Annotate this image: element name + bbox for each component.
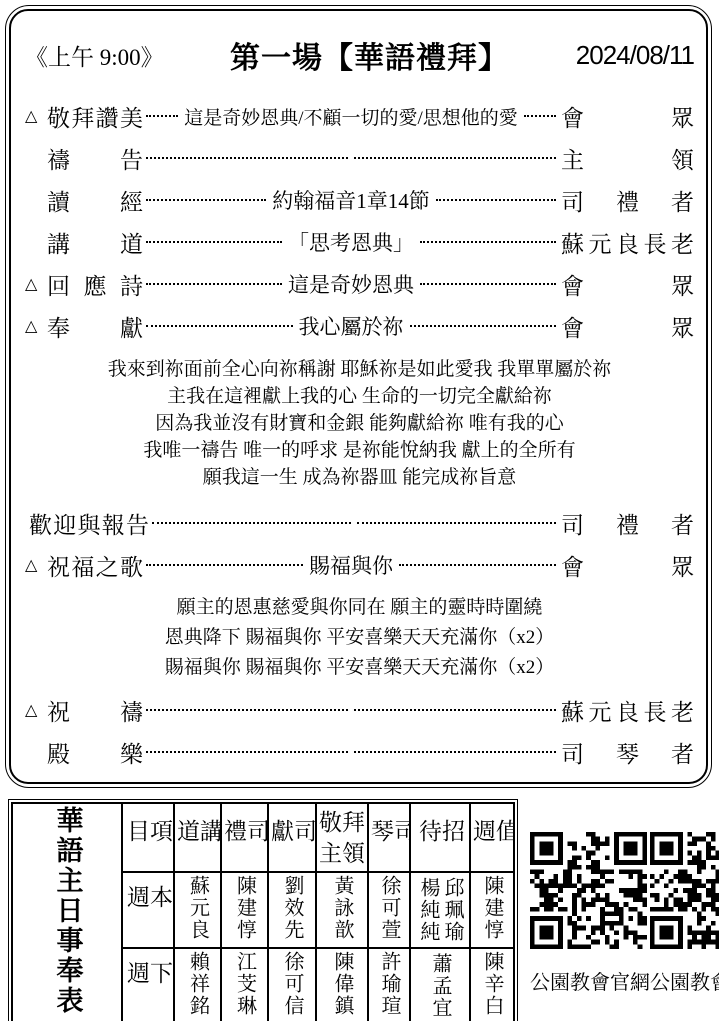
- roster-row-label: 下週: [122, 948, 174, 1021]
- program-detail: 賜福與你: [306, 550, 396, 580]
- program-row-worship: △ 敬拜讚美 這是奇妙恩典/不顧一切的愛/思想他的愛 會眾: [25, 95, 694, 137]
- roster-header-duty: 值週: [470, 803, 514, 872]
- program-row-sermon: 講道 「思考恩典」 蘇元良長老: [25, 221, 694, 263]
- program-role: 主領: [561, 142, 694, 175]
- roster-cell: 陳偉鎮: [316, 948, 368, 1021]
- roster-cell: 賴祥銘: [174, 948, 221, 1021]
- lyric-line: 願我這一生 成為祢器皿 能完成祢旨意: [25, 464, 694, 491]
- program-detail: 這是奇妙恩典/不顧一切的愛/思想他的愛: [181, 103, 521, 130]
- qr-block-website: 公園教會官網: [530, 832, 650, 995]
- program-label: 回應詩: [47, 268, 143, 301]
- roster-side-title: 華語主日事奉表: [12, 803, 122, 1021]
- roster-row-label: 本週: [122, 872, 174, 948]
- dotted-leader: [146, 751, 348, 753]
- dotted-leader: [146, 283, 282, 285]
- bottom-section: 華語主日事奉表 項目 講道 司禮 司獻 敬拜主領 司琴 招待 值週 本週 蘇元良…: [8, 799, 713, 1021]
- dotted-leader: [524, 115, 556, 117]
- roster-cell: 蘇元良: [174, 872, 221, 948]
- service-roster-table: 華語主日事奉表 項目 講道 司禮 司獻 敬拜主領 司琴 招待 值週 本週 蘇元良…: [8, 799, 518, 1021]
- roster-header-preacher: 講道: [174, 803, 221, 872]
- qr-label-line: 公園教會官LINE: [650, 966, 719, 995]
- dotted-leader: [420, 241, 556, 243]
- program-detail: 這是奇妙恩典: [285, 269, 417, 299]
- dotted-leader: [354, 157, 556, 159]
- lyric-line: 主我在這裡獻上我的心 生命的一切完全獻給祢: [25, 383, 694, 410]
- program-row-offering: △ 奉獻 我心屬於祢 會眾: [25, 305, 694, 347]
- lyric-line: 因為我並沒有財寶和金銀 能夠獻給祢 唯有我的心: [25, 410, 694, 437]
- roster-cell: 徐可信: [268, 948, 316, 1021]
- page-title: 第一場【華語禮拜】: [177, 33, 562, 77]
- dotted-leader: [399, 564, 556, 566]
- header: 《上午 9:00》 第一場【華語禮拜】 2024/08/11: [25, 33, 694, 77]
- qr-block-line: 公園教會官LINE: [650, 832, 719, 995]
- program-row-scripture: 讀經 約翰福音1章14節 司禮者: [25, 179, 694, 221]
- program-role: 司琴者: [561, 736, 694, 769]
- program-role: 會眾: [561, 100, 694, 133]
- dotted-leader: [152, 522, 351, 524]
- program-role: 會眾: [561, 268, 694, 301]
- program-role: 蘇元良長老: [561, 226, 694, 259]
- lyric-line: 願主的恩惠慈愛與你同在 願主的靈時時圍繞: [25, 593, 694, 623]
- dotted-leader: [146, 157, 348, 159]
- program-detail: 約翰福音1章14節: [269, 185, 433, 215]
- program-label: 殿樂: [47, 736, 143, 769]
- program-label: 祝禱: [47, 694, 143, 727]
- dotted-leader: [357, 522, 556, 524]
- dotted-leader: [146, 241, 282, 243]
- roster-header-offering: 司獻: [268, 803, 316, 872]
- roster-header-ushers: 招待: [410, 803, 470, 872]
- lyric-line: 賜福與你 賜福與你 平安喜樂天天充滿你（x2）: [25, 653, 694, 683]
- stand-marker-icon: △: [25, 274, 47, 294]
- program-label: 奉獻: [47, 310, 143, 343]
- roster-cell-ushers: 楊純純 邱珮瑜: [410, 872, 470, 948]
- service-list: △ 敬拜讚美 這是奇妙恩典/不顧一切的愛/思想他的愛 會眾 禱告 主領: [25, 95, 694, 773]
- offering-song-lyrics: 我來到祢面前全心向祢稱謝 耶穌祢是如此愛我 我單單屬於祢 主我在這裡獻上我的心 …: [25, 356, 694, 491]
- roster-header-pianist: 司琴: [368, 803, 410, 872]
- dotted-leader: [354, 751, 556, 753]
- roster-cell: 陳辛白: [470, 948, 514, 1021]
- bulletin-box: 《上午 9:00》 第一場【華語禮拜】 2024/08/11 △ 敬拜讚美 這是…: [5, 5, 712, 788]
- program-role: 蘇元良長老: [561, 694, 694, 727]
- dotted-leader: [146, 709, 348, 711]
- service-date: 2024/08/11: [562, 40, 694, 71]
- program-label: 禱告: [47, 142, 143, 175]
- program-row-blessing-song: △ 祝福之歌 賜福與你 會眾: [25, 544, 694, 586]
- blessing-song-lyrics: 願主的恩惠慈愛與你同在 願主的靈時時圍繞 恩典降下 賜福與你 平安喜樂天天充滿你…: [25, 593, 694, 683]
- bulletin-page: 《上午 9:00》 第一場【華語禮拜】 2024/08/11 △ 敬拜讚美 這是…: [0, 0, 719, 1021]
- program-label: 敬拜讚美: [47, 100, 143, 133]
- roster-cell: 陳建惇: [470, 872, 514, 948]
- program-detail: 「思考恩典」: [285, 227, 417, 257]
- stand-marker-icon: △: [25, 316, 47, 336]
- qr-area: 公園教會官網 公園教會官LINE: [518, 799, 719, 1021]
- program-label: 讀經: [47, 184, 143, 217]
- program-label: 歡迎與報告: [29, 507, 149, 540]
- program-label: 講道: [47, 226, 143, 259]
- bulletin-box-inner: 《上午 9:00》 第一場【華語禮拜】 2024/08/11 △ 敬拜讚美 這是…: [9, 9, 708, 784]
- roster-cell: 許瑜瑄: [368, 948, 410, 1021]
- roster-cell: 徐可萱: [368, 872, 410, 948]
- stand-marker-icon: △: [25, 106, 47, 126]
- program-row-prayer: 禱告 主領: [25, 137, 694, 179]
- stand-marker-icon: △: [25, 555, 47, 575]
- lyric-line: 我唯一禱告 唯一的呼求 是祢能悅納我 獻上的全所有: [25, 437, 694, 464]
- program-role: 司禮者: [561, 507, 694, 540]
- dotted-leader: [146, 115, 178, 117]
- service-time: 《上午 9:00》: [25, 39, 177, 72]
- program-role: 司禮者: [561, 184, 694, 217]
- qr-code-icon: [650, 832, 719, 949]
- roster-cell: 江芠琳: [221, 948, 268, 1021]
- qr-label-website: 公園教會官網: [530, 966, 650, 995]
- qr-code-icon: [530, 832, 647, 949]
- dotted-leader: [146, 199, 266, 201]
- program-row-postlude: 殿樂 司琴者: [25, 731, 694, 773]
- dotted-leader: [146, 564, 303, 566]
- roster-header-worship-leader: 敬拜主領: [316, 803, 368, 872]
- program-role: 會眾: [561, 549, 694, 582]
- roster-header-liturgist: 司禮: [221, 803, 268, 872]
- program-label: 祝福之歌: [47, 549, 143, 582]
- roster-header-item: 項目: [122, 803, 174, 872]
- roster-cell: 陳建惇: [221, 872, 268, 948]
- program-role: 會眾: [561, 310, 694, 343]
- lyric-line: 恩典降下 賜福與你 平安喜樂天天充滿你（x2）: [25, 623, 694, 653]
- dotted-leader: [146, 325, 293, 327]
- dotted-leader: [420, 283, 556, 285]
- dotted-leader: [436, 199, 556, 201]
- program-row-response-hymn: △ 回應詩 這是奇妙恩典 會眾: [25, 263, 694, 305]
- dotted-leader: [354, 709, 556, 711]
- roster-cell: 劉效先: [268, 872, 316, 948]
- dotted-leader: [410, 325, 557, 327]
- lyric-line: 我來到祢面前全心向祢稱謝 耶穌祢是如此愛我 我單單屬於祢: [25, 356, 694, 383]
- program-detail: 我心屬於祢: [296, 311, 407, 341]
- stand-marker-icon: △: [25, 700, 47, 720]
- roster-cell: 黃詠歆: [316, 872, 368, 948]
- program-row-announcements: 歡迎與報告 司禮者: [25, 502, 694, 544]
- program-row-benediction: △ 祝禱 蘇元良長老: [25, 689, 694, 731]
- roster-cell-ushers: 蕭孟宜: [410, 948, 470, 1021]
